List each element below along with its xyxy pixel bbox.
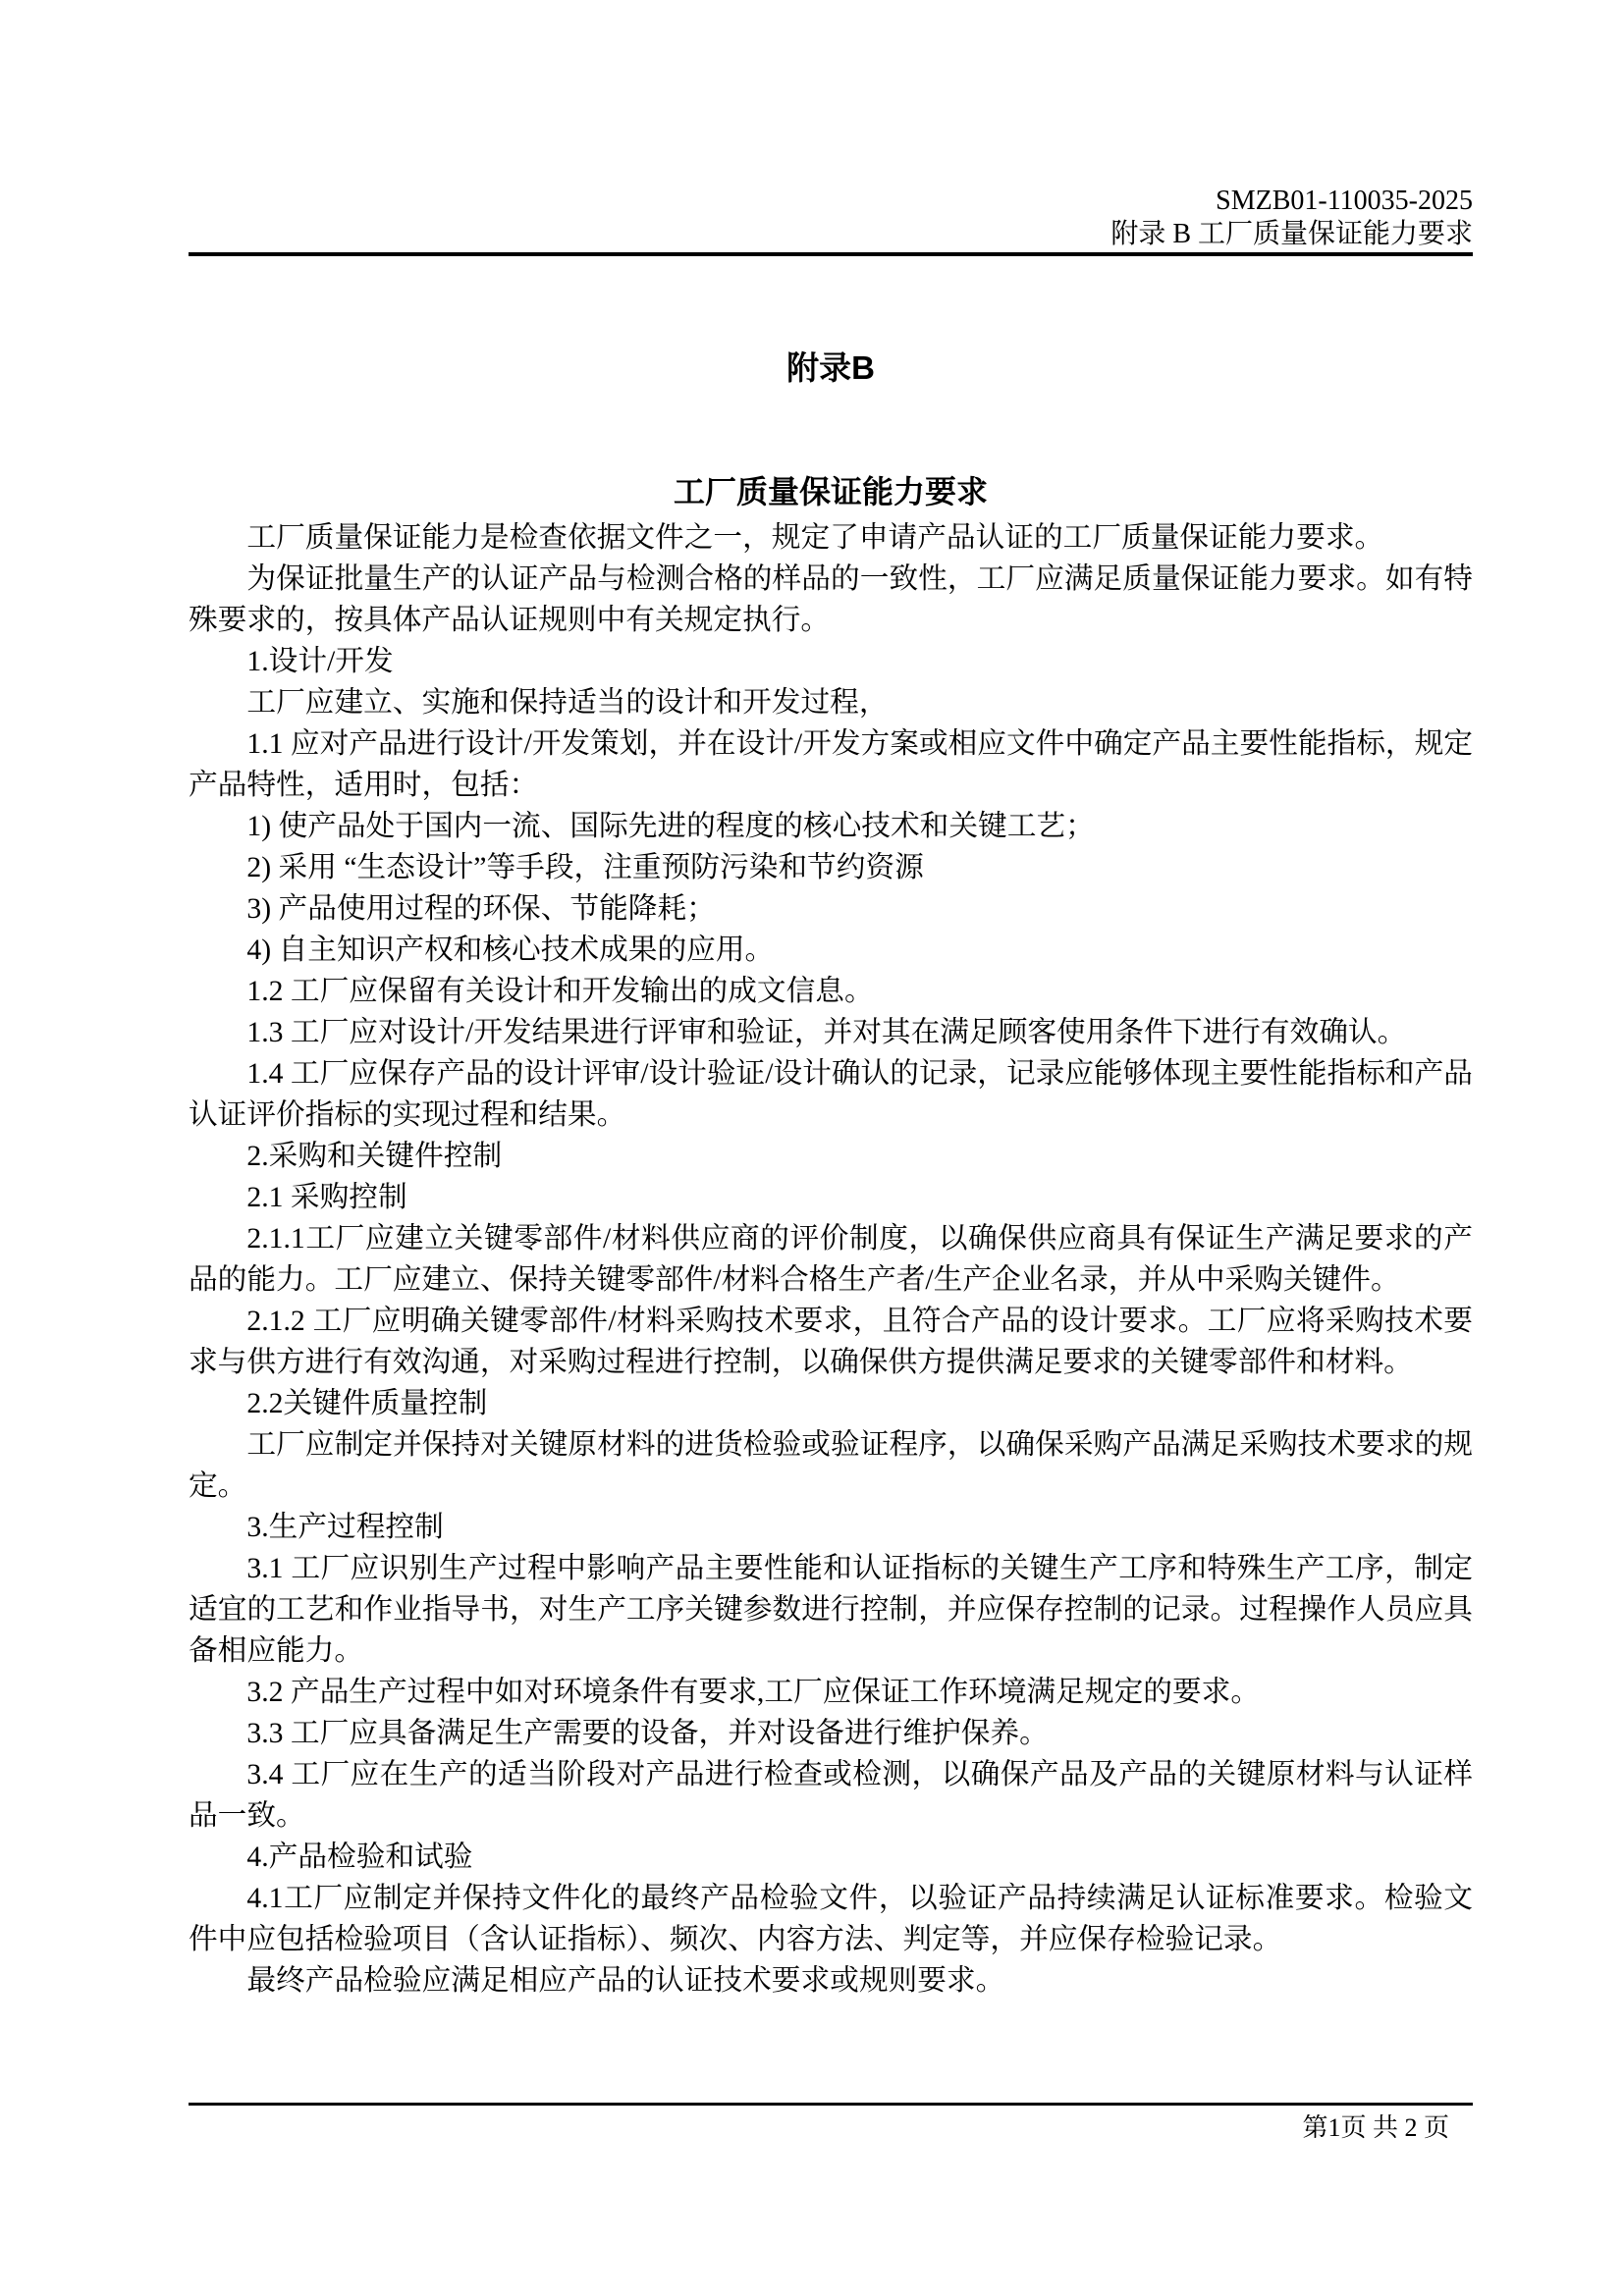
header-doc-number: SMZB01-110035-2025 bbox=[189, 185, 1473, 218]
body-paragraph: 2.1 采购控制 bbox=[189, 1177, 1473, 1218]
body-paragraph: 1.4 工厂应保存产品的设计评审/设计验证/设计确认的记录，记录应能够体现主要性… bbox=[189, 1053, 1473, 1136]
body-paragraph: 工厂应制定并保持对关键原材料的进货检验或验证程序，以确保采购产品满足采购技术要求… bbox=[189, 1424, 1473, 1507]
body-paragraph: 1) 使产品处于国内一流、国际先进的程度的核心技术和关键工艺； bbox=[189, 806, 1473, 847]
body-paragraph: 工厂质量保证能力是检查依据文件之一，规定了申请产品认证的工厂质量保证能力要求。 bbox=[189, 517, 1473, 559]
appendix-title: 附录B bbox=[189, 349, 1473, 387]
page-indicator: 第1页 共 2 页 bbox=[1302, 2113, 1449, 2142]
body-paragraph: 2) 采用 “生态设计”等手段，注重预防污染和节约资源 bbox=[189, 847, 1473, 888]
body-paragraph: 2.1.2 工厂应明确关键零部件/材料采购技术要求，且符合产品的设计要求。工厂应… bbox=[189, 1301, 1473, 1383]
body-paragraph: 为保证批量生产的认证产品与检测合格的样品的一致性，工厂应满足质量保证能力要求。如… bbox=[189, 559, 1473, 641]
body-paragraph: 4) 自主知识产权和核心技术成果的应用。 bbox=[189, 930, 1473, 971]
document-page: SMZB01-110035-2025 附录 B 工厂质量保证能力要求 附录B 工… bbox=[0, 0, 1624, 2296]
main-title: 工厂质量保证能力要求 bbox=[189, 474, 1473, 509]
body-paragraph: 1.3 工厂应对设计/开发结果进行评审和验证，并对其在满足顾客使用条件下进行有效… bbox=[189, 1012, 1473, 1053]
body-paragraph: 4.产品检验和试验 bbox=[189, 1837, 1473, 1878]
body-paragraph: 2.采购和关键件控制 bbox=[189, 1136, 1473, 1177]
body-paragraph: 3.2 产品生产过程中如对环境条件有要求,工厂应保证工作环境满足规定的要求。 bbox=[189, 1672, 1473, 1713]
body-paragraph: 3.生产过程控制 bbox=[189, 1507, 1473, 1548]
header-doc-title: 附录 B 工厂质量保证能力要求 bbox=[189, 218, 1473, 251]
body-paragraph: 工厂应建立、实施和保持适当的设计和开发过程， bbox=[189, 682, 1473, 723]
body-paragraph: 3.4 工厂应在生产的适当阶段对产品进行检查或检测，以确保产品及产品的关键原材料… bbox=[189, 1754, 1473, 1837]
header-rule bbox=[189, 252, 1473, 256]
body-paragraph: 3.3 工厂应具备满足生产需要的设备，并对设备进行维护保养。 bbox=[189, 1713, 1473, 1754]
body-paragraph: 4.1工厂应制定并保持文件化的最终产品检验文件，以验证产品持续满足认证标准要求。… bbox=[189, 1878, 1473, 1960]
body-paragraph: 2.1.1工厂应建立关键零部件/材料供应商的评价制度，以确保供应商具有保证生产满… bbox=[189, 1218, 1473, 1301]
document-body: 工厂质量保证能力是检查依据文件之一，规定了申请产品认证的工厂质量保证能力要求。 … bbox=[189, 517, 1473, 2002]
body-paragraph: 最终产品检验应满足相应产品的认证技术要求或规则要求。 bbox=[189, 1960, 1473, 2002]
body-paragraph: 3.1 工厂应识别生产过程中影响产品主要性能和认证指标的关键生产工序和特殊生产工… bbox=[189, 1548, 1473, 1672]
body-paragraph: 1.设计/开发 bbox=[189, 641, 1473, 682]
page-footer: 第1页 共 2 页 bbox=[189, 2111, 1449, 2145]
footer-rule bbox=[189, 2103, 1473, 2106]
body-paragraph: 2.2关键件质量控制 bbox=[189, 1383, 1473, 1424]
body-paragraph: 3) 产品使用过程的环保、节能降耗； bbox=[189, 888, 1473, 930]
body-paragraph: 1.1 应对产品进行设计/开发策划，并在设计/开发方案或相应文件中确定产品主要性… bbox=[189, 723, 1473, 806]
body-paragraph: 1.2 工厂应保留有关设计和开发输出的成文信息。 bbox=[189, 971, 1473, 1012]
page-header: SMZB01-110035-2025 附录 B 工厂质量保证能力要求 bbox=[189, 185, 1473, 251]
